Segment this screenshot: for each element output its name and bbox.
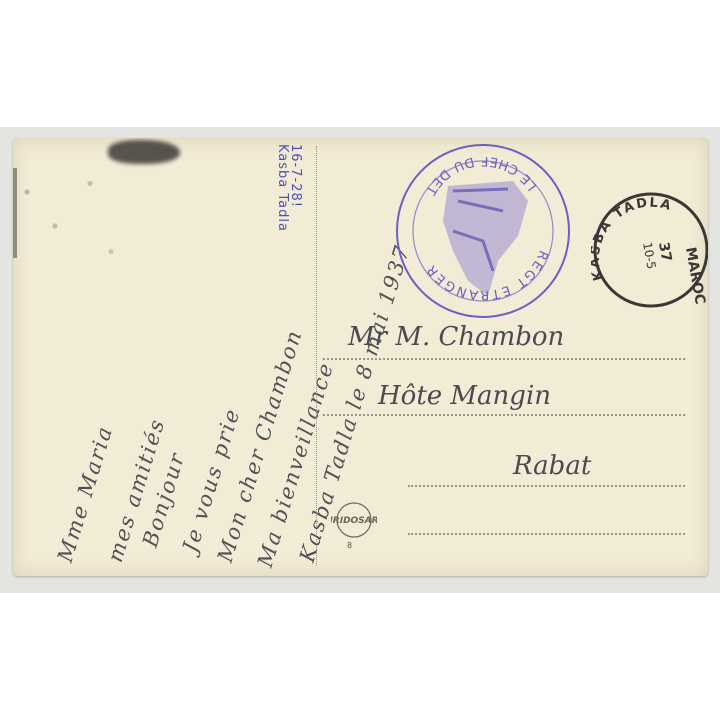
- address-line-2: [323, 414, 685, 416]
- military-cachet: LE CHEF DU DET REGT ETRANGER: [393, 141, 573, 321]
- postcard-back: Mme Maria mes amitiés Bonjour Je vous pr…: [13, 138, 708, 576]
- svg-text:37: 37: [655, 241, 674, 263]
- margin-note-date: 16-7-28!: [288, 144, 303, 208]
- stain-spots: [13, 158, 153, 328]
- svg-text:IRIDOSAR: IRIDOSAR: [331, 516, 377, 526]
- address-recipient: Mr M. Chambon: [348, 322, 564, 352]
- address-line-1: [323, 358, 685, 360]
- svg-text:MAROC: MAROC: [682, 246, 708, 306]
- worn-edge: [13, 168, 17, 258]
- postmark: KASBA TADLA MAROC 10-5 37: [591, 188, 708, 314]
- address-line-3: [408, 485, 685, 487]
- center-divider: [316, 146, 317, 566]
- publisher-number: 8: [347, 541, 352, 550]
- address-street: Hôte Mangin: [378, 381, 551, 411]
- iris-logo-icon: IRIDOSAR: [331, 500, 377, 540]
- address-city: Rabat: [513, 451, 591, 481]
- svg-text:KASBA TADLA: KASBA TADLA: [591, 196, 674, 283]
- address-line-4: [408, 533, 685, 535]
